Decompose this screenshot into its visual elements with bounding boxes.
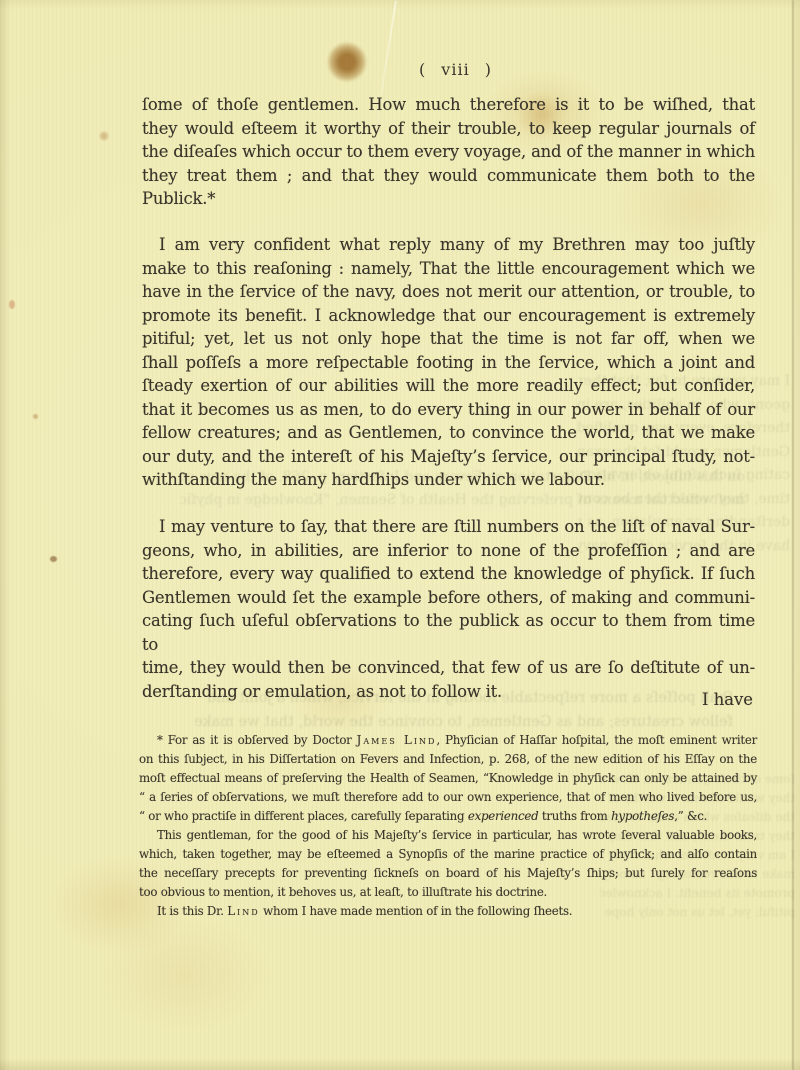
footnote-line: on this ſubject, in his Diſſertation on … — [139, 750, 757, 769]
footnote-line: * For as it is obſerved by Doctor James … — [139, 731, 757, 750]
text-line: have in the ſervice of the navy, does no… — [142, 280, 755, 304]
footnote-line: It is this Dr. Lind whom I have made men… — [139, 902, 757, 921]
footnote-line: which, taken together, may be eſteemed a… — [139, 845, 757, 864]
footnote-text: , Phyſician of Haſſar hoſpital, the moſt… — [436, 733, 757, 747]
text-line: Publick.* — [142, 187, 755, 211]
footnote-text: It is this Dr. — [157, 904, 227, 918]
text-line: therefore, every way qualified to extend… — [142, 562, 755, 586]
footnote-text: * For as it is obſerved by Doctor — [157, 733, 357, 747]
text-line: the diſeaſes which occur to them every v… — [142, 140, 755, 164]
footnote-text: whom I have made mention of in the follo… — [260, 904, 573, 918]
text-line: ſome of thoſe gentlemen. How much theref… — [142, 93, 755, 117]
footnote-line: “ a ſeries of obſervations, we muſt ther… — [139, 788, 757, 807]
text-line: our duty, and the intereſt of his Majeſt… — [142, 445, 755, 469]
text-line: they treat them ; and that they would co… — [142, 164, 755, 188]
text-block: ( viii ) ſome of thoſe gentlemen. How mu… — [142, 0, 755, 1070]
paragraph-continuation: ſome of thoſe gentlemen. How much theref… — [142, 93, 755, 211]
text-line: pitiful; yet, let us not only hope that … — [142, 327, 755, 351]
text-line: geons, who, in abilities, are inferior t… — [142, 539, 755, 563]
text-line: I am very confident what reply many of m… — [142, 233, 755, 257]
text-line: they would eſteem it worthy of their tro… — [142, 117, 755, 141]
text-line: cating ſuch uſeful obſervations to the p… — [142, 609, 755, 656]
text-line: that it becomes us as men, to do every t… — [142, 398, 755, 422]
text-line: promote its benefit. I acknowledge that … — [142, 304, 755, 328]
text-line: fellow creatures; and as Gentlemen, to c… — [142, 421, 755, 445]
book-page: I may venture to ſay, that there are ſti… — [0, 0, 800, 1070]
text-line: I may venture to ſay, that there are ſti… — [142, 515, 755, 539]
footnote: * For as it is obſerved by Doctor James … — [139, 731, 757, 921]
paragraph: I may venture to ſay, that there are ſti… — [142, 515, 755, 703]
footnote-text: “ or who practiſe in different places, c… — [139, 809, 468, 823]
person-name: James Lind — [357, 733, 437, 747]
text-line: withſtanding the many hardſhips under wh… — [142, 468, 755, 492]
footnote-text: ,” &c. — [674, 809, 707, 823]
emphasized-term: hypotheſes — [611, 809, 674, 823]
footnote-line: too obvious to mention, it behoves us, a… — [139, 883, 757, 902]
text-line: time, they would then be convinced, that… — [142, 656, 755, 680]
page-number: ( viii ) — [142, 60, 755, 79]
text-line: make to this reaſoning : namely, That th… — [142, 257, 755, 281]
paper-speck — [100, 132, 108, 140]
emphasized-term: experienced — [468, 809, 539, 823]
paper-speck — [9, 300, 15, 309]
paper-speck — [50, 556, 57, 562]
text-line: Gentlemen would ſet the example before o… — [142, 586, 755, 610]
footnote-line: This gentleman, for the good of his Maje… — [139, 826, 757, 845]
footnote-line: the neceſſary precepts for preventing ſi… — [139, 864, 757, 883]
text-line: ſteady exertion of our abilities will th… — [142, 374, 755, 398]
text-line: ſhall poſſeſs a more reſpectable footing… — [142, 351, 755, 375]
footnote-text: truths from — [538, 809, 611, 823]
footnote-line: moſt effectual means of preſerving the H… — [139, 769, 757, 788]
catchword: I have — [702, 690, 753, 709]
paragraph: I am very confident what reply many of m… — [142, 233, 755, 492]
person-name: Lind — [227, 904, 259, 918]
paper-speck — [33, 414, 38, 419]
footnote-line: “ or who practiſe in different places, c… — [139, 807, 757, 826]
text-line: derſtanding or emulation, as not to foll… — [142, 680, 755, 704]
page-edge-shadow — [792, 0, 794, 1070]
